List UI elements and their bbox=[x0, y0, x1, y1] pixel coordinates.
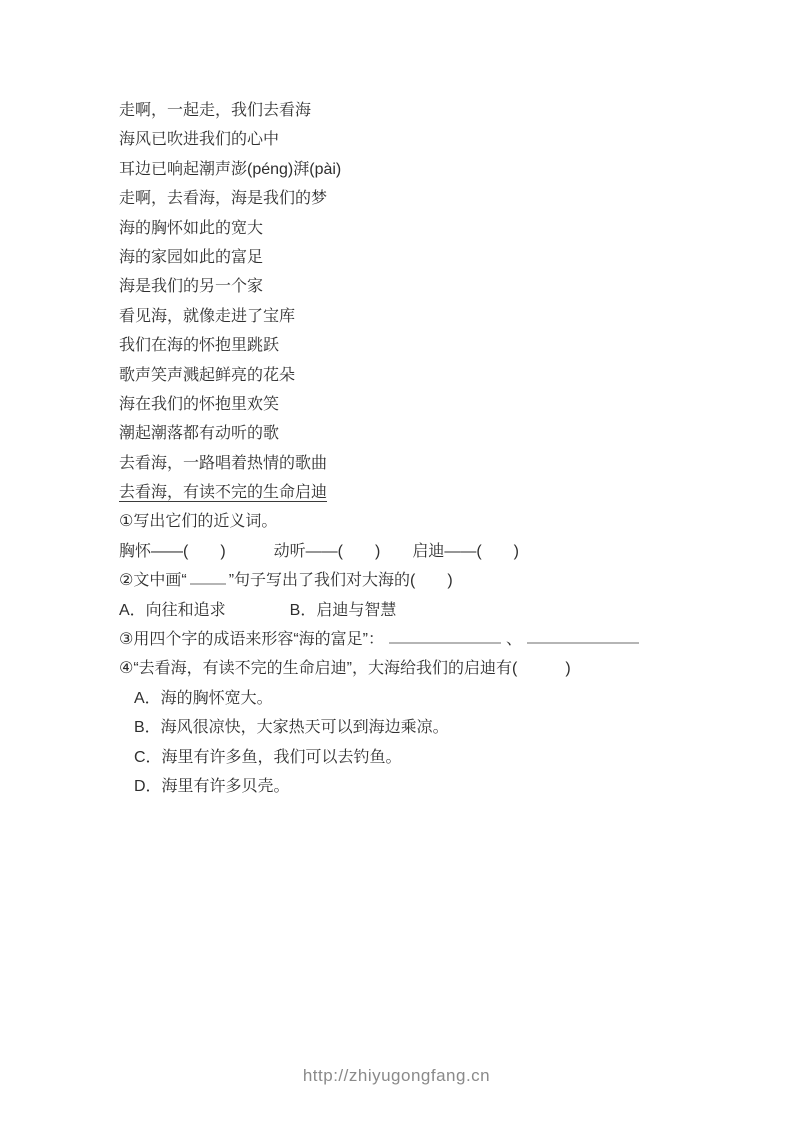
poem-line-4: 走啊，去看海，海是我们的梦 bbox=[119, 184, 759, 213]
reading-passage: 走啊，一起走，我们去看海 海风已吹进我们的心中 耳边已响起潮声澎(péng)湃(… bbox=[119, 96, 759, 801]
question-2-stem: ②文中画“”句子写出了我们对大海的( ) bbox=[119, 566, 759, 595]
poem-line-13: 去看海，一路唱着热情的歌曲 bbox=[119, 449, 759, 478]
underlined-sentence: 去看海，有读不完的生命启迪 bbox=[119, 484, 327, 501]
poem-line-10: 歌声笑声溅起鲜亮的花朵 bbox=[119, 361, 759, 390]
question-4-option-c: C．海里有许多鱼，我们可以去钓鱼。 bbox=[119, 743, 759, 772]
question-3: ③用四个字的成语来形容“海的富足”：、 bbox=[119, 625, 759, 654]
question-3-answer-blank-1 bbox=[389, 631, 501, 644]
question-4-option-a: A．海的胸怀宽大。 bbox=[119, 684, 759, 713]
poem-line-9: 我们在海的怀抱里跳跃 bbox=[119, 331, 759, 360]
question-2-stem-after: ”句子写出了我们对大海的( ) bbox=[229, 572, 453, 589]
question-2-quoted-blank bbox=[190, 572, 226, 585]
question-1-stem: ①写出它们的近义词。 bbox=[119, 507, 759, 536]
question-3-separator: 、 bbox=[506, 631, 522, 648]
poem-line-6: 海的家园如此的富足 bbox=[119, 243, 759, 272]
question-4-stem: ④“去看海，有读不完的生命启迪”，大海给我们的启迪有( ) bbox=[119, 654, 759, 683]
poem-line-12: 潮起潮落都有动听的歌 bbox=[119, 419, 759, 448]
question-3-stem: ③用四个字的成语来形容“海的富足”： bbox=[119, 631, 384, 648]
question-4-option-d: D．海里有许多贝壳。 bbox=[119, 772, 759, 801]
poem-line-7: 海是我们的另一个家 bbox=[119, 272, 759, 301]
poem-line-5: 海的胸怀如此的宽大 bbox=[119, 214, 759, 243]
poem-line-11: 海在我们的怀抱里欢笑 bbox=[119, 390, 759, 419]
footer-url: http://zhiyugongfang.cn bbox=[0, 1066, 793, 1086]
question-4-option-b: B．海风很凉快，大家热天可以到海边乘凉。 bbox=[119, 713, 759, 742]
question-1-answer-blanks: 胸怀——( ) 动听——( ) 启迪——( ) bbox=[119, 537, 759, 566]
poem-line-underlined: 去看海，有读不完的生命启迪 bbox=[119, 478, 759, 507]
question-2-options: A．向往和追求 B．启迪与智慧 bbox=[119, 596, 759, 625]
poem-line-8: 看见海，就像走进了宝库 bbox=[119, 302, 759, 331]
poem-line-1: 走啊，一起走，我们去看海 bbox=[119, 96, 759, 125]
poem-line-3: 耳边已响起潮声澎(péng)湃(pài) bbox=[119, 155, 759, 184]
poem-line-2: 海风已吹进我们的心中 bbox=[119, 125, 759, 154]
question-3-answer-blank-2 bbox=[527, 631, 639, 644]
worksheet-page: 走啊，一起走，我们去看海 海风已吹进我们的心中 耳边已响起潮声澎(péng)湃(… bbox=[0, 0, 793, 1122]
question-2-stem-before: ②文中画“ bbox=[119, 572, 187, 589]
